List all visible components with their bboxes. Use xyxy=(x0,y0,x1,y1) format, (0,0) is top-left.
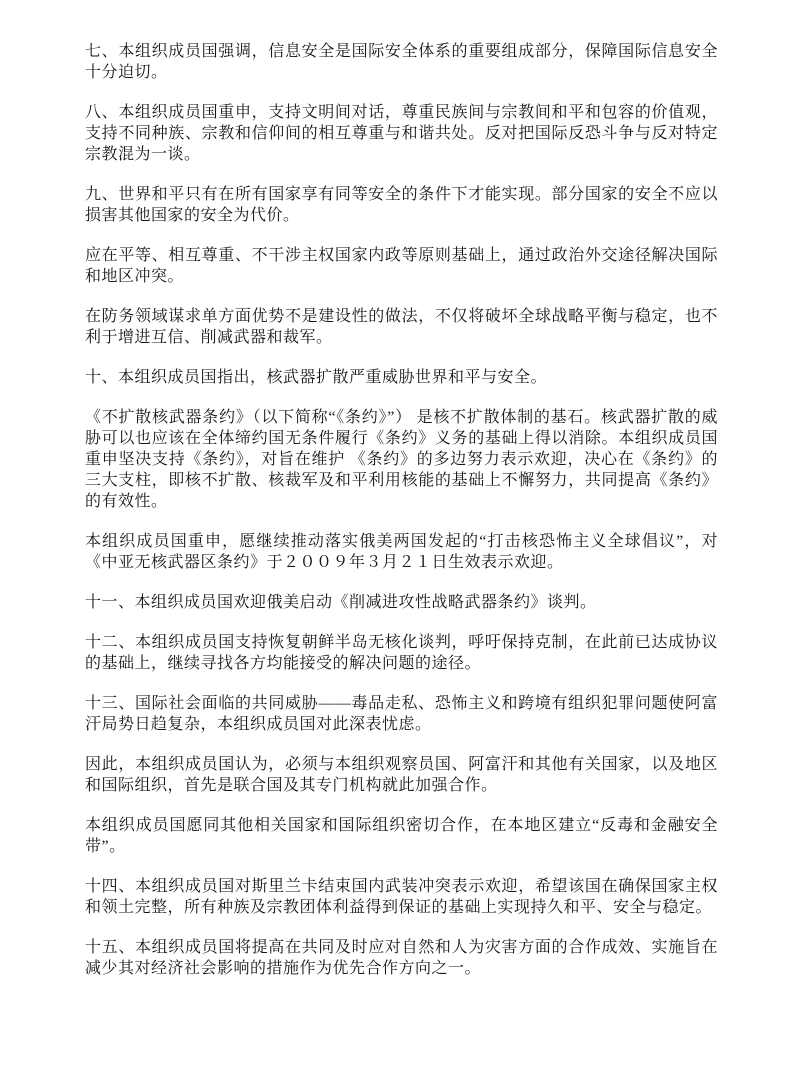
paragraph-15: 十五、本组织成员国将提高在共同及时应对自然和人为灾害方面的合作成效、实施旨在减少… xyxy=(85,937,718,979)
paragraph-9-continued-1: 应在平等、相互尊重、不干涉主权国家内政等原则基础上，通过政治外交途径解决国际和地… xyxy=(85,245,718,287)
paragraph-10: 十、本组织成员国指出，核武器扩散严重威胁世界和平与安全。 xyxy=(85,367,718,388)
paragraph-10-continued-2: 本组织成员国重申，愿继续推动落实俄美两国发起的“打击核恐怖主义全球倡议”，对《中… xyxy=(85,531,718,573)
paragraph-12: 十二、本组织成员国支持恢复朝鲜半岛无核化谈判，呼吁保持克制，在此前已达成协议的基… xyxy=(85,632,718,674)
paragraph-13-continued-2: 本组织成员国愿同其他相关国家和国际组织密切合作，在本地区建立“反毒和金融安全带”… xyxy=(85,815,718,857)
document-page: 七、本组织成员国强调，信息安全是国际安全体系的重要组成部分，保障国际信息安全十分… xyxy=(0,0,800,1067)
paragraph-13-continued-1: 因此，本组织成员国认为，必须与本组织观察员国、阿富汗和其他有关国家，以及地区和国… xyxy=(85,754,718,796)
paragraph-8: 八、本组织成员国重申，支持文明间对话，尊重民族间与宗教间和平和包容的价值观，支持… xyxy=(85,102,718,165)
paragraph-13: 十三、国际社会面临的共同威胁——毒品走私、恐怖主义和跨境有组织犯罪问题使阿富汗局… xyxy=(85,693,718,735)
paragraph-9-continued-2: 在防务领域谋求单方面优势不是建设性的做法，不仅将破坏全球战略平衡与稳定，也不利于… xyxy=(85,306,718,348)
paragraph-7: 七、本组织成员国强调，信息安全是国际安全体系的重要组成部分，保障国际信息安全十分… xyxy=(85,41,718,83)
document-body: 七、本组织成员国强调，信息安全是国际安全体系的重要组成部分，保障国际信息安全十分… xyxy=(85,41,718,979)
paragraph-14: 十四、本组织成员国对斯里兰卡结束国内武装冲突表示欢迎，希望该国在确保国家主权和领… xyxy=(85,876,718,918)
paragraph-9: 九、世界和平只有在所有国家享有同等安全的条件下才能实现。部分国家的安全不应以损害… xyxy=(85,184,718,226)
paragraph-10-continued-1: 《不扩散核武器条约》（以下简称“《条约》”） 是核不扩散体制的基石。核武器扩散的… xyxy=(85,407,718,512)
paragraph-11: 十一、本组织成员国欢迎俄美启动《削减进攻性战略武器条约》谈判。 xyxy=(85,592,718,613)
